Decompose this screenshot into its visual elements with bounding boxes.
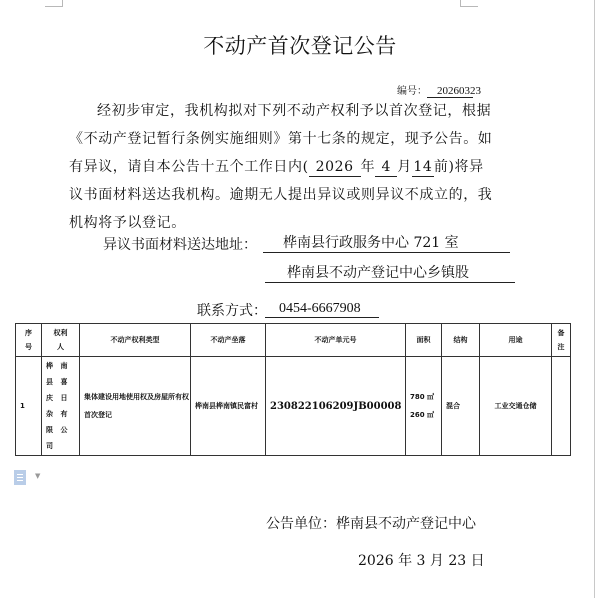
header-owner: 权利人 [42,324,80,357]
deadline-month: 4 [375,159,397,177]
header-no: 序号 [16,324,42,357]
address-label: 异议书面材料送达地址： [103,234,257,254]
paste-options-icon[interactable] [14,470,26,485]
header-location: 不动产坐落 [191,324,266,357]
address-line-2: 桦南县不动产登记中心乡镇股 [265,264,515,283]
publisher: 公告单位：桦南县不动产登记中心 [266,513,476,533]
margin-corner-top-right [460,0,478,7]
address-line-1: 桦南县行政服务中心 721 室 [263,234,510,253]
cell-right-type: 集体建设用地使用权及房屋所有权首次登记 [80,357,191,456]
cell-unit-no: 230822106209JB00008 [266,357,406,456]
cell-owner: 桦南 县喜 庆日 杂有 限公 司 [42,357,80,456]
cell-area: 780 ㎡ 260 ㎡ [406,357,442,456]
month-unit: 月 [397,159,412,175]
page-edge [594,0,595,598]
header-usage: 用途 [480,324,552,357]
header-area: 面积 [406,324,442,357]
deadline-day: 14 [412,159,434,177]
publish-date: 2026 年 3 月 23 日 [358,550,485,570]
contact-value: 0454-6667908 [265,300,379,318]
serial-number: 编号：20260323 [397,82,473,98]
header-structure: 结构 [442,324,480,357]
table-row: 1 桦南 县喜 庆日 杂有 限公 司 集体建设用地使用权及房屋所有权首次登记 桦… [16,357,571,456]
deadline-year: 2026 [309,159,361,177]
cell-structure: 混合 [442,357,480,456]
chevron-down-icon[interactable]: ▼ [35,472,40,480]
header-remark: 备注 [552,324,571,357]
header-unit-no: 不动产单元号 [266,324,406,357]
document-title: 不动产首次登记公告 [0,30,600,60]
announcement-paragraph: 经初步审定，我机构拟对下列不动产权利予以首次登记，根据《不动产登记暂行条例实施细… [69,97,497,237]
table-header-row: 序号 权利人 不动产权利类型 不动产坐落 不动产单元号 面积 结构 用途 备注 [16,324,571,357]
contact-label: 联系方式： [197,300,267,320]
serial-label: 编号： [397,86,427,97]
registration-table: 序号 权利人 不动产权利类型 不动产坐落 不动产单元号 面积 结构 用途 备注 … [15,323,571,456]
cell-location: 桦南县桦南镇民富村 [191,357,266,456]
year-unit: 年 [361,159,376,175]
cell-remark [552,357,571,456]
cell-no: 1 [16,357,42,456]
margin-corner-top-left [45,0,63,7]
cell-usage: 工业交通仓储 [480,357,552,456]
header-right-type: 不动产权利类型 [80,324,191,357]
